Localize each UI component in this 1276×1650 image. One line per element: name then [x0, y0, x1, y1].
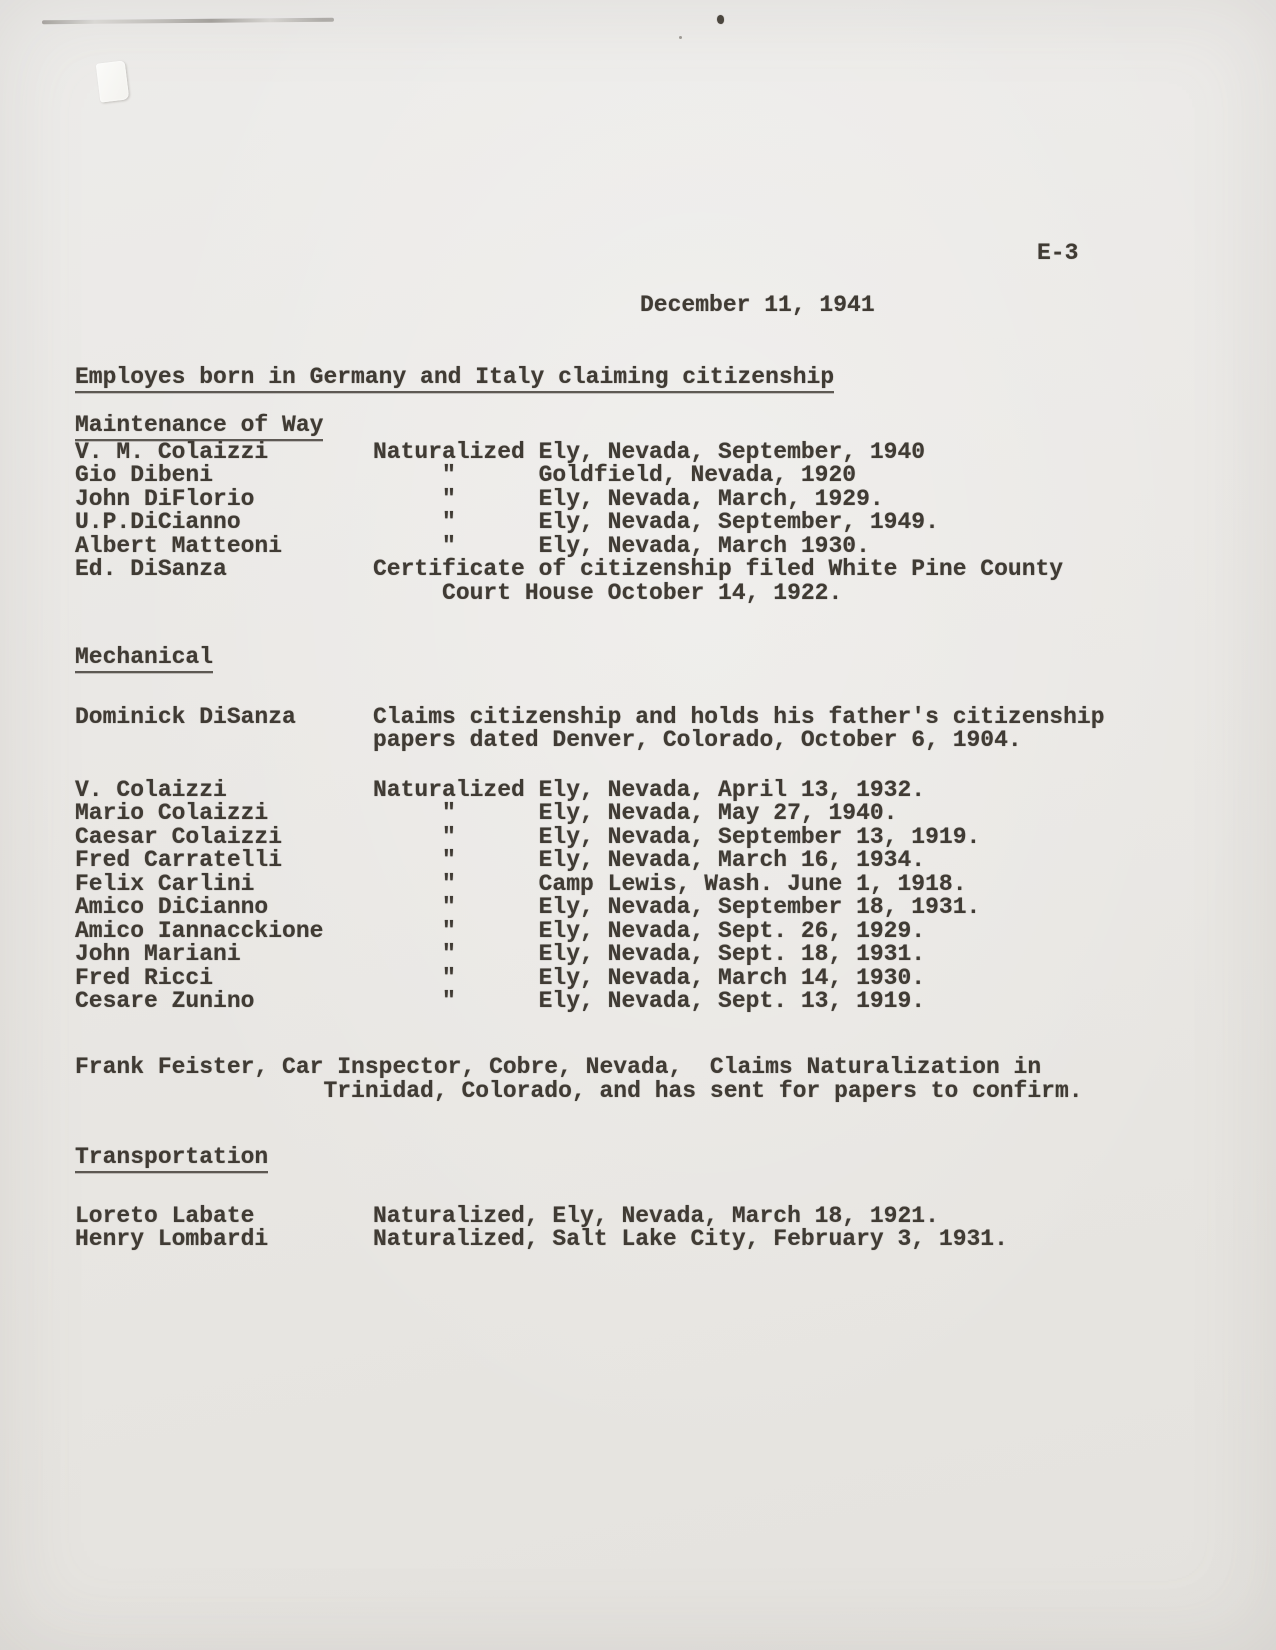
employee-detail: " Ely, Nevada, Sept. 13, 1919.: [373, 990, 925, 1014]
employee-detail: " Goldfield, Nevada, 1920: [373, 464, 856, 488]
section-maintenance-of-way: Maintenance of Way V. M. Colaizzi Natura…: [75, 414, 1063, 605]
employee-detail: Naturalized Ely, Nevada, April 13, 1932.: [373, 779, 925, 803]
employee-detail: Certificate of citizenship filed White P…: [373, 558, 1063, 605]
table-row: Mario Colaizzi " Ely, Nevada, May 27, 19…: [75, 802, 1105, 826]
table-row: Albert Matteoni " Ely, Nevada, March 193…: [75, 535, 1063, 559]
employee-name: John Mariani: [75, 943, 373, 967]
table-row: V. Colaizzi Naturalized Ely, Nevada, Apr…: [75, 779, 1105, 803]
table-row: Amico Iannacckione " Ely, Nevada, Sept. …: [75, 920, 1105, 944]
employee-detail: Naturalized, Ely, Nevada, March 18, 1921…: [373, 1205, 939, 1229]
employee-detail: " Ely, Nevada, Sept. 18, 1931.: [373, 943, 925, 967]
table-row: Amico DiCianno " Ely, Nevada, September …: [75, 896, 1105, 920]
employee-name: Dominick DiSanza: [75, 706, 373, 753]
mechanical-employee-list: V. Colaizzi Naturalized Ely, Nevada, Apr…: [75, 779, 1105, 1014]
employee-name: Albert Matteoni: [75, 535, 373, 559]
table-row: Cesare Zunino " Ely, Nevada, Sept. 13, 1…: [75, 990, 1105, 1014]
employee-name: Felix Carlini: [75, 873, 373, 897]
employee-name: Cesare Zunino: [75, 990, 373, 1014]
section-transportation: Transportation Loreto Labate Naturalized…: [75, 1146, 1008, 1252]
document-date: December 11, 1941: [640, 294, 875, 318]
employee-name: Fred Carratelli: [75, 849, 373, 873]
employee-detail: " Ely, Nevada, March 14, 1930.: [373, 967, 925, 991]
employee-detail: Naturalized, Salt Lake City, February 3,…: [373, 1228, 1008, 1252]
page-code: E-3: [1037, 242, 1078, 266]
employee-name: V. M. Colaizzi: [75, 441, 373, 465]
table-row: Henry Lombardi Naturalized, Salt Lake Ci…: [75, 1228, 1008, 1252]
table-row: U.P.DiCianno " Ely, Nevada, September, 1…: [75, 511, 1063, 535]
employee-detail: " Ely, Nevada, May 27, 1940.: [373, 802, 898, 826]
document-title: Employes born in Germany and Italy claim…: [75, 366, 834, 393]
transportation-employee-list: Loreto Labate Naturalized, Ely, Nevada, …: [75, 1205, 1008, 1252]
employee-detail: " Ely, Nevada, March 1930.: [373, 535, 870, 559]
section-heading: Transportation: [75, 1146, 268, 1173]
employee-name: Fred Ricci: [75, 967, 373, 991]
table-row: Felix Carlini " Camp Lewis, Wash. June 1…: [75, 873, 1105, 897]
employee-detail: " Ely, Nevada, March, 1929.: [373, 488, 884, 512]
table-row: John Mariani " Ely, Nevada, Sept. 18, 19…: [75, 943, 1105, 967]
scan-smudge-mark: [42, 18, 334, 25]
employee-detail: " Ely, Nevada, September 13, 1919.: [373, 826, 980, 850]
employee-name: Amico DiCianno: [75, 896, 373, 920]
employee-name: Amico Iannacckione: [75, 920, 373, 944]
employee-detail: " Ely, Nevada, Sept. 26, 1929.: [373, 920, 925, 944]
table-row: Loreto Labate Naturalized, Ely, Nevada, …: [75, 1205, 1008, 1229]
paper-tab-mark: [96, 60, 130, 102]
feister-note: Frank Feister, Car Inspector, Cobre, Nev…: [75, 1056, 1083, 1103]
employee-detail: " Camp Lewis, Wash. June 1, 1918.: [373, 873, 967, 897]
employee-name: Henry Lombardi: [75, 1228, 373, 1252]
table-row: Fred Ricci " Ely, Nevada, March 14, 1930…: [75, 967, 1105, 991]
table-row: Dominick DiSanza Claims citizenship and …: [75, 706, 1105, 753]
employee-detail: " Ely, Nevada, September 18, 1931.: [373, 896, 980, 920]
employee-name: Ed. DiSanza: [75, 558, 373, 605]
employee-detail: Claims citizenship and holds his father'…: [373, 706, 1105, 753]
section-heading: Maintenance of Way: [75, 414, 323, 441]
table-row: V. M. Colaizzi Naturalized Ely, Nevada, …: [75, 441, 1063, 465]
note-text: Frank Feister, Car Inspector, Cobre, Nev…: [75, 1054, 1083, 1104]
employee-detail: " Ely, Nevada, September, 1949.: [373, 511, 939, 535]
employee-name: V. Colaizzi: [75, 779, 373, 803]
ink-speck: [679, 36, 682, 39]
table-row: Fred Carratelli " Ely, Nevada, March 16,…: [75, 849, 1105, 873]
table-row: Caesar Colaizzi " Ely, Nevada, September…: [75, 826, 1105, 850]
employee-name: Caesar Colaizzi: [75, 826, 373, 850]
ink-dot: [717, 15, 724, 24]
table-row: Gio Dibeni " Goldfield, Nevada, 1920: [75, 464, 1063, 488]
employee-detail: " Ely, Nevada, March 16, 1934.: [373, 849, 925, 873]
employee-name: John DiFlorio: [75, 488, 373, 512]
employee-name: Loreto Labate: [75, 1205, 373, 1229]
section-mechanical: Mechanical Dominick DiSanza Claims citiz…: [75, 646, 1105, 1014]
document-page: E-3 December 11, 1941 Employes born in G…: [0, 0, 1276, 1650]
employee-name: Mario Colaizzi: [75, 802, 373, 826]
section-heading: Mechanical: [75, 646, 213, 673]
table-row: John DiFlorio " Ely, Nevada, March, 1929…: [75, 488, 1063, 512]
employee-name: Gio Dibeni: [75, 464, 373, 488]
employee-detail: Naturalized Ely, Nevada, September, 1940: [373, 441, 925, 465]
employee-name: U.P.DiCianno: [75, 511, 373, 535]
table-row: Ed. DiSanza Certificate of citizenship f…: [75, 558, 1063, 605]
